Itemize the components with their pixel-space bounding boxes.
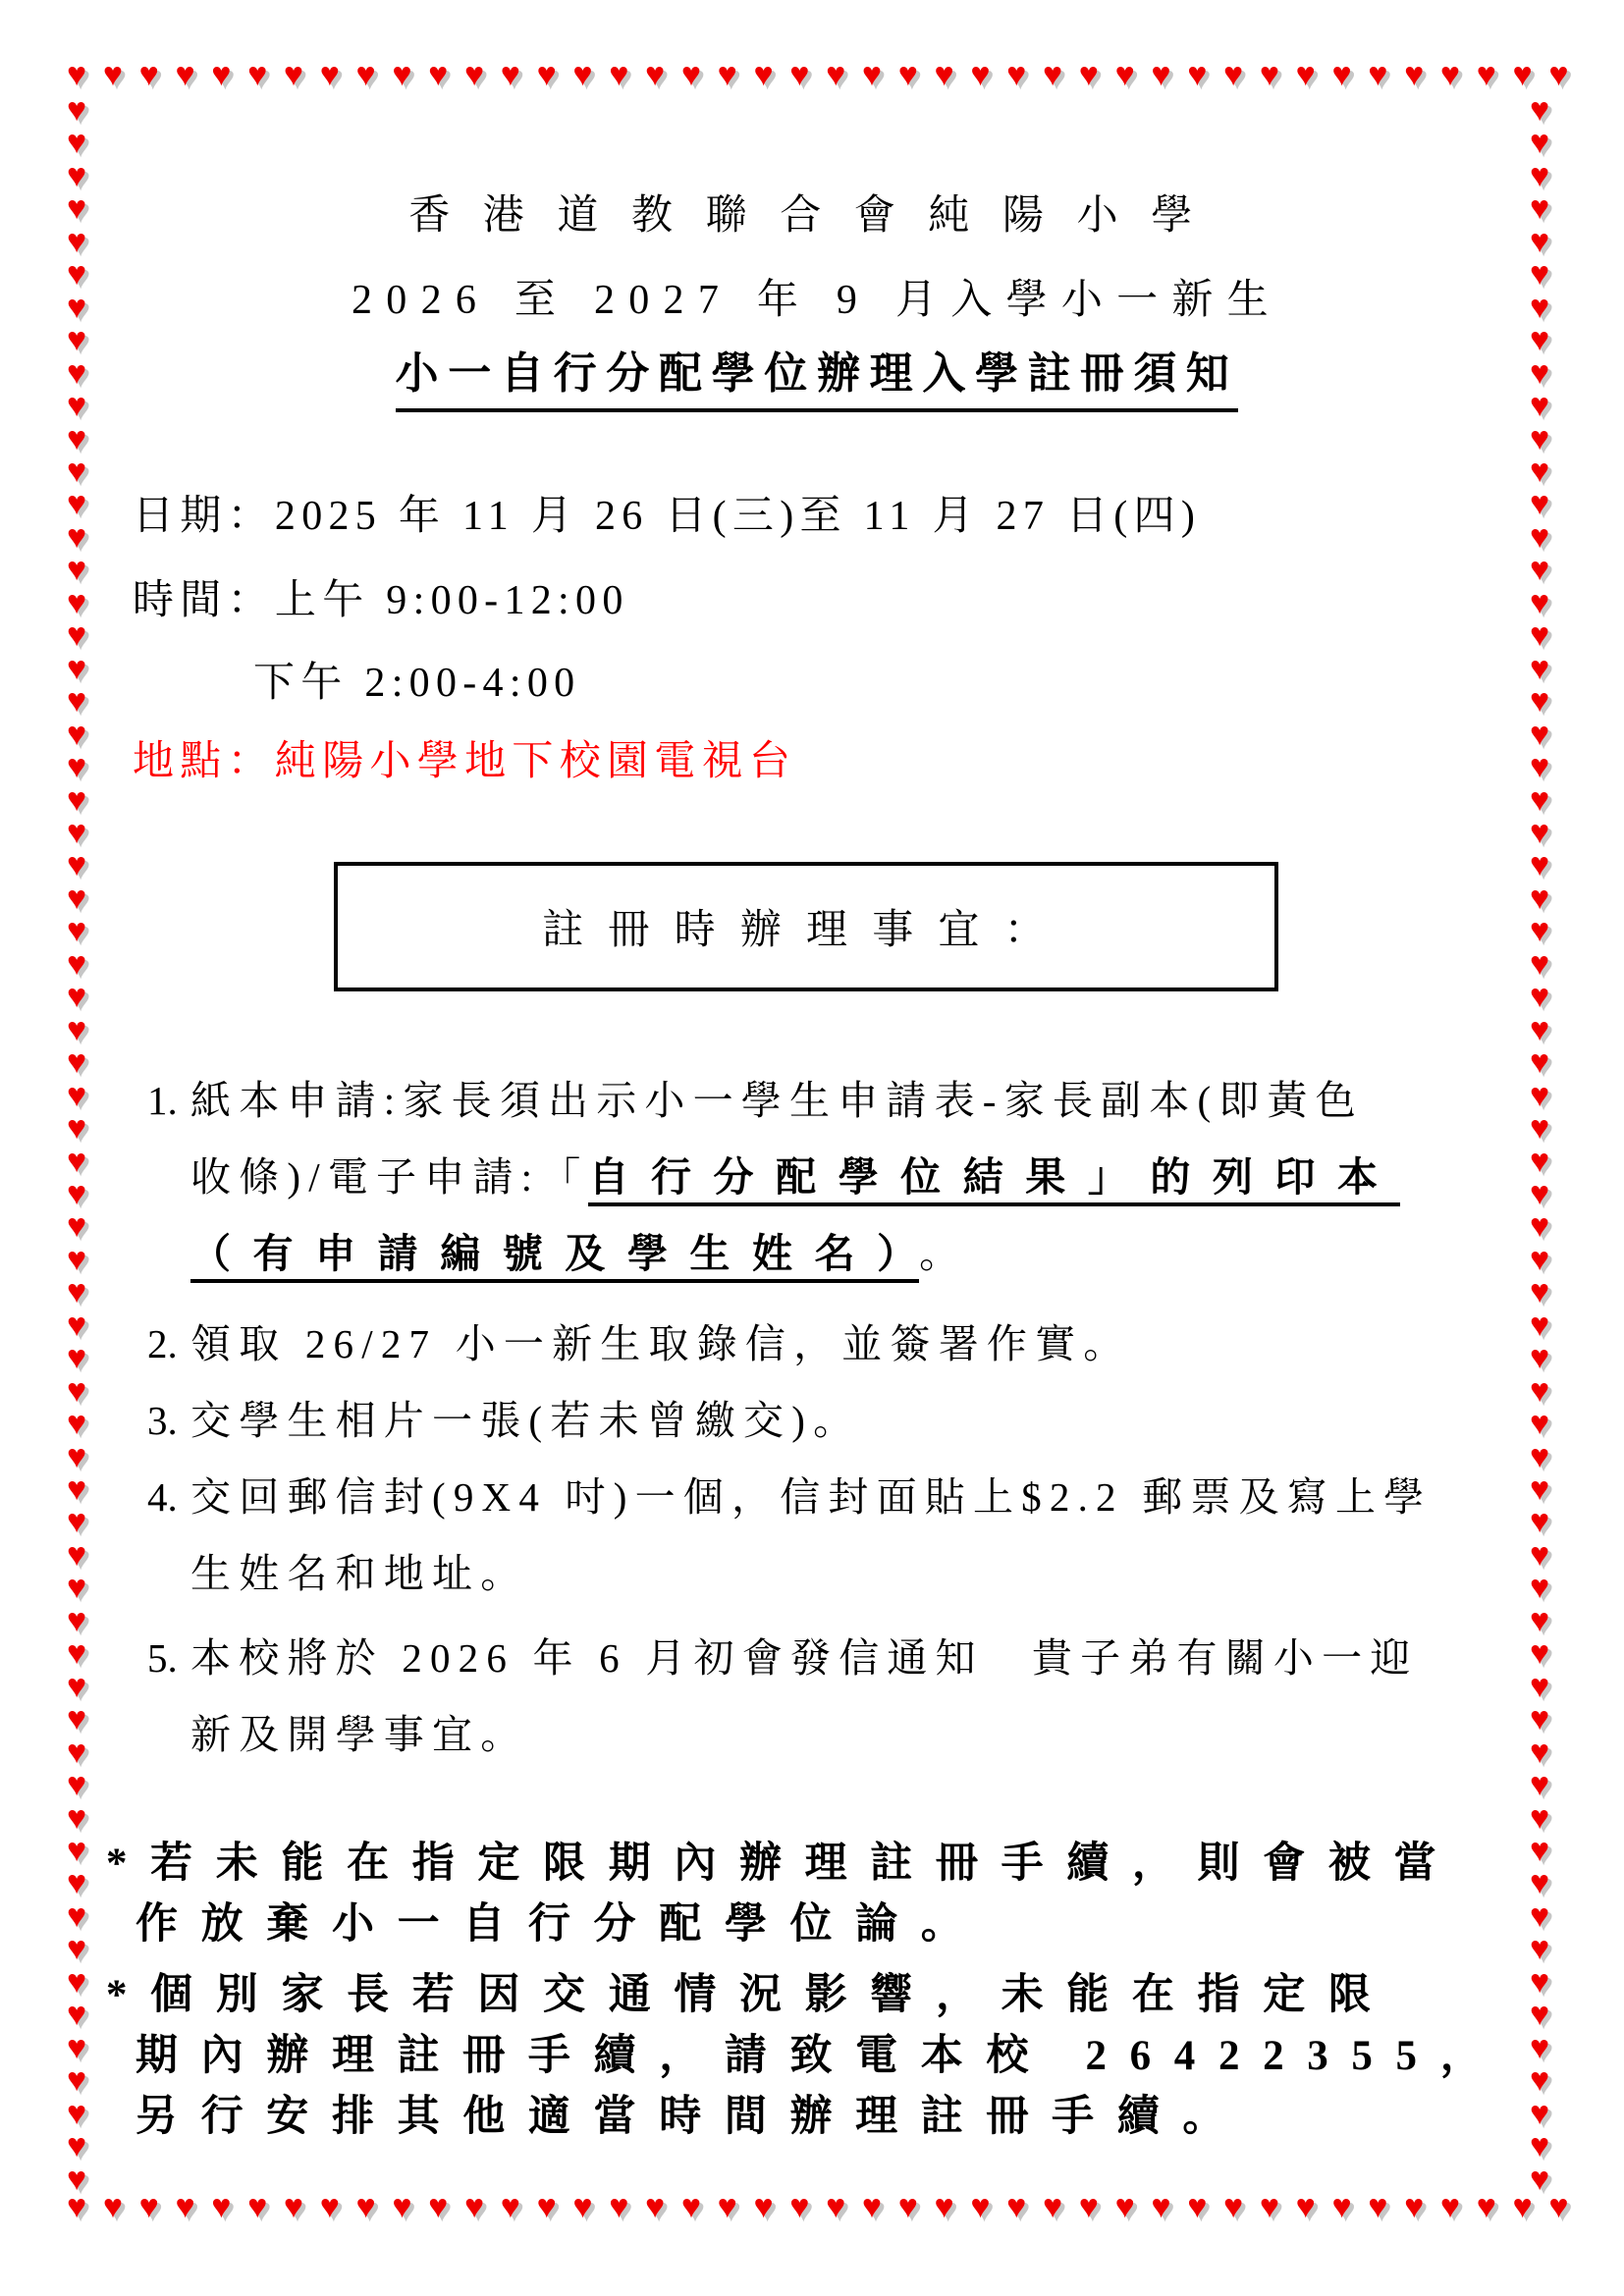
heart-icon: ♥ <box>1530 427 1563 453</box>
heart-icon: ♥ <box>464 63 484 96</box>
heart-icon: ♥ <box>67 1740 100 1766</box>
heart-icon: ♥ <box>1530 1641 1563 1667</box>
heart-icon: ♥ <box>67 623 100 649</box>
heart-icon: ♥ <box>428 63 448 96</box>
heart-icon: ♥ <box>247 63 267 96</box>
item-text-segment: 本校將於 2026 年 6 月初會發信通知 貴子弟有關小一迎 <box>190 1635 1419 1681</box>
item-text-segment: 交學生相片一張(若未曾繳交)。 <box>190 1398 861 1443</box>
school-name: 香港道教聯合會純陽小學 <box>103 183 1531 241</box>
item-text-emphasis: （有申請編號及學生姓名） <box>190 1231 919 1283</box>
heart-icon: ♥ <box>970 63 990 96</box>
heart-icon: ♥ <box>67 821 100 846</box>
heart-icon: ♥ <box>898 63 918 96</box>
registration-list: 1. 紙本申請:家長須出示小一學生申請表-家長副本(即黃色 收條)/電子申請:「… <box>147 1062 1522 1773</box>
heart-icon: ♥ <box>67 657 100 682</box>
item-text-segment: 生姓名和地址。 <box>190 1551 528 1596</box>
heart-icon: ♥ <box>67 722 100 748</box>
heart-icon: ♥ <box>67 394 100 419</box>
registration-box-title: 註冊時辦理事宜： <box>542 897 1070 956</box>
heart-icon: ♥ <box>67 1182 100 1207</box>
heart-icon: ♥ <box>139 2195 159 2228</box>
heart-icon: ♥ <box>1477 63 1496 96</box>
heart-icon: ♥ <box>356 63 376 96</box>
heart-icon: ♥ <box>1530 952 1563 978</box>
heart-icon: ♥ <box>67 2134 100 2160</box>
heart-icon: ♥ <box>935 63 954 96</box>
heart-icon: ♥ <box>139 63 159 96</box>
heart-icon: ♥ <box>572 2195 592 2228</box>
heart-icon: ♥ <box>718 2195 737 2228</box>
heart-icon: ♥ <box>67 1641 100 1667</box>
heart-icon: ♥ <box>501 2195 520 2228</box>
heart-icon: ♥ <box>1530 1412 1563 1437</box>
heart-icon: ♥ <box>1151 63 1170 96</box>
list-item-text: 本校將於 2026 年 6 月初會發信通知 貴子弟有關小一迎 新及開學事宜。 <box>190 1620 1522 1773</box>
heart-icon: ♥ <box>67 164 100 189</box>
heart-icon: ♥ <box>320 63 340 96</box>
heart-icon: ♥ <box>501 63 520 96</box>
heart-icon: ♥ <box>67 525 100 551</box>
heart-icon: ♥ <box>67 1575 100 1601</box>
heart-icon: ♥ <box>1530 821 1563 846</box>
list-item-text: 交回郵信封(9X4 吋)一個，信封面貼上$2.2 郵票及寫上學 生姓名和地址。 <box>190 1459 1522 1612</box>
date-line: 日期：2025 年 11 月 26 日(三)至 11 月 27 日(四) <box>133 483 1201 542</box>
heart-icon: ♥ <box>1151 2195 1170 2228</box>
registration-box: 註冊時辦理事宜： <box>334 862 1278 991</box>
heart-icon: ♥ <box>537 2195 557 2228</box>
heart-icon: ♥ <box>1513 63 1533 96</box>
heart-icon: ♥ <box>609 63 628 96</box>
heart-icon: ♥ <box>1530 853 1563 879</box>
heart-icon: ♥ <box>392 63 411 96</box>
heart-icon: ♥ <box>1530 689 1563 715</box>
heart-icon: ♥ <box>67 492 100 517</box>
heart-icon: ♥ <box>1530 1346 1563 1371</box>
heart-icon: ♥ <box>67 230 100 255</box>
heart-icon: ♥ <box>67 328 100 353</box>
heart-icon: ♥ <box>67 295 100 321</box>
list-item: 1. 紙本申請:家長須出示小一學生申請表-家長副本(即黃色 收條)/電子申請:「… <box>147 1062 1522 1292</box>
heart-icon: ♥ <box>862 2195 882 2228</box>
heart-icon: ♥ <box>67 1806 100 1832</box>
heart-icon: ♥ <box>826 63 845 96</box>
heart-icon: ♥ <box>1530 295 1563 321</box>
footnote-line: *若未能在指定限期內辦理註冊手續，則會被當 <box>106 1834 1540 1895</box>
heart-icon: ♥ <box>1530 164 1563 189</box>
heart-icon: ♥ <box>1530 492 1563 517</box>
heart-icon: ♥ <box>1530 558 1563 583</box>
item-text-segment: 紙本申請:家長須出示小一學生申請表-家長副本(即黃色 <box>190 1078 1364 1123</box>
list-item-text: 領取 26/27 小一新生取錄信，並簽署作實。 <box>190 1306 1522 1382</box>
heart-icon: ♥ <box>320 2195 340 2228</box>
heart-icon: ♥ <box>1530 525 1563 551</box>
heart-icon: ♥ <box>1530 131 1563 156</box>
time-line-afternoon: 下午 2:00-4:00 <box>253 650 580 709</box>
list-item: 4. 交回郵信封(9X4 吋)一個，信封面貼上$2.2 郵票及寫上學 生姓名和地… <box>147 1459 1522 1612</box>
heart-icon: ♥ <box>103 63 123 96</box>
heart-icon: ♥ <box>789 2195 809 2228</box>
list-item: 3. 交學生相片一張(若未曾繳交)。 <box>147 1382 1522 1459</box>
footnote-line: 作放棄小一自行分配學位論。 <box>106 1895 1540 1955</box>
heart-icon: ♥ <box>1440 63 1460 96</box>
heart-icon: ♥ <box>67 886 100 912</box>
heart-icon: ♥ <box>67 952 100 978</box>
heart-icon: ♥ <box>935 2195 954 2228</box>
heart-icon: ♥ <box>1548 63 1568 96</box>
heart-icon: ♥ <box>67 1214 100 1240</box>
heart-icon: ♥ <box>1530 919 1563 944</box>
heart-icon: ♥ <box>1530 230 1563 255</box>
heart-icon: ♥ <box>1296 63 1316 96</box>
heart-icon: ♥ <box>67 591 100 616</box>
heart-icon: ♥ <box>1530 1510 1563 1535</box>
footnote-line: *個別家長若因交通情況影響，未能在指定限 <box>106 1965 1540 2026</box>
heart-icon: ♥ <box>67 1543 100 1569</box>
heart-icon: ♥ <box>1404 63 1424 96</box>
heart-icon: ♥ <box>1477 2195 1496 2228</box>
heart-icon: ♥ <box>67 853 100 879</box>
heart-icon: ♥ <box>67 2068 100 2094</box>
list-item-text: 紙本申請:家長須出示小一學生申請表-家長副本(即黃色 收條)/電子申請:「自行分… <box>190 1062 1522 1292</box>
heart-icon: ♥ <box>67 985 100 1010</box>
heart-icon: ♥ <box>1115 2195 1135 2228</box>
heart-icon: ♥ <box>284 2195 303 2228</box>
heart-icon: ♥ <box>1530 1248 1563 1273</box>
intake-year-line: 2026 至 2027 年 9 月入學小一新生 <box>103 267 1531 326</box>
heart-icon: ♥ <box>1530 1116 1563 1142</box>
heart-icon: ♥ <box>1043 63 1062 96</box>
heart-icon: ♥ <box>1079 63 1099 96</box>
heart-icon: ♥ <box>645 63 665 96</box>
heart-icon: ♥ <box>826 2195 845 2228</box>
heart-icon: ♥ <box>67 788 100 814</box>
heart-icon: ♥ <box>1223 63 1243 96</box>
heart-icon: ♥ <box>1530 2167 1563 2193</box>
heart-icon: ♥ <box>67 1871 100 1896</box>
heart-icon: ♥ <box>67 1018 100 1043</box>
venue-line: 地點：純陽小學地下校園電視台 <box>133 728 796 787</box>
heart-icon: ♥ <box>1530 196 1563 222</box>
heart-icon: ♥ <box>645 2195 665 2228</box>
item-text-emphasis: 自行分配學位結果」的列印本 <box>588 1154 1399 1206</box>
heart-icon: ♥ <box>67 558 100 583</box>
heart-icon: ♥ <box>67 196 100 222</box>
heart-icon: ♥ <box>1006 63 1026 96</box>
heart-border-bottom: ♥♥♥♥♥♥♥♥♥♥♥♥♥♥♥♥♥♥♥♥♥♥♥♥♥♥♥♥♥♥♥♥♥♥♥♥♥♥♥♥… <box>67 2195 1569 2228</box>
heart-icon: ♥ <box>1331 63 1351 96</box>
heart-icon: ♥ <box>67 262 100 288</box>
heart-icon: ♥ <box>247 2195 267 2228</box>
heart-icon: ♥ <box>1530 1609 1563 1634</box>
list-item: 2. 領取 26/27 小一新生取錄信，並簽署作實。 <box>147 1306 1522 1382</box>
heart-icon: ♥ <box>681 2195 701 2228</box>
heart-icon: ♥ <box>67 1609 100 1634</box>
heart-icon: ♥ <box>175 63 194 96</box>
heart-icon: ♥ <box>175 2195 194 2228</box>
heart-icon: ♥ <box>1513 2195 1533 2228</box>
heart-icon: ♥ <box>1530 985 1563 1010</box>
heart-icon: ♥ <box>1530 591 1563 616</box>
heart-icon: ♥ <box>609 2195 628 2228</box>
heart-icon: ♥ <box>428 2195 448 2228</box>
heart-icon: ♥ <box>1223 2195 1243 2228</box>
heart-icon: ♥ <box>1548 2195 1568 2228</box>
heart-border-top: ♥♥♥♥♥♥♥♥♥♥♥♥♥♥♥♥♥♥♥♥♥♥♥♥♥♥♥♥♥♥♥♥♥♥♥♥♥♥♥♥… <box>67 63 1569 96</box>
item-text-segment: 。 <box>919 1231 967 1276</box>
heart-icon: ♥ <box>1530 1806 1563 1832</box>
heart-icon: ♥ <box>67 1707 100 1733</box>
heart-icon: ♥ <box>67 689 100 715</box>
heart-icon: ♥ <box>67 1904 100 1930</box>
heart-icon: ♥ <box>67 1346 100 1371</box>
heart-icon: ♥ <box>1043 2195 1062 2228</box>
heart-icon: ♥ <box>1530 1280 1563 1306</box>
heart-icon: ♥ <box>67 2036 100 2061</box>
heart-icon: ♥ <box>67 2167 100 2193</box>
heart-icon: ♥ <box>67 2102 100 2127</box>
heart-icon: ♥ <box>67 1477 100 1503</box>
heart-icon: ♥ <box>67 1116 100 1142</box>
heart-icon: ♥ <box>862 63 882 96</box>
heart-icon: ♥ <box>1530 1018 1563 1043</box>
heart-icon: ♥ <box>1530 788 1563 814</box>
heart-icon: ♥ <box>1187 2195 1207 2228</box>
heart-icon: ♥ <box>1530 1313 1563 1339</box>
heart-icon: ♥ <box>67 919 100 944</box>
heart-icon: ♥ <box>1530 98 1563 124</box>
notice-title-text: 小一自行分配學位辦理入學註冊須知 <box>396 338 1239 412</box>
heart-icon: ♥ <box>67 1839 100 1864</box>
heart-icon: ♥ <box>1296 2195 1316 2228</box>
heart-icon: ♥ <box>1368 63 1387 96</box>
heart-icon: ♥ <box>1530 1477 1563 1503</box>
heart-icon: ♥ <box>103 2195 123 2228</box>
heart-icon: ♥ <box>1530 1675 1563 1700</box>
item-text-segment: 新及開學事宜。 <box>190 1712 528 1757</box>
heart-icon: ♥ <box>1530 1773 1563 1798</box>
footnotes: *若未能在指定限期內辦理註冊手續，則會被當 作放棄小一自行分配學位論。 *個別家… <box>106 1834 1540 2158</box>
notice-title: 小一自行分配學位辦理入學註冊須知 <box>103 338 1531 412</box>
heart-icon: ♥ <box>1530 361 1563 387</box>
list-item-number: 5. <box>147 1620 190 1773</box>
heart-icon: ♥ <box>67 1773 100 1798</box>
time-line-morning: 時間：上午 9:00-12:00 <box>133 567 629 626</box>
heart-icon: ♥ <box>537 63 557 96</box>
list-item-number: 1. <box>147 1062 190 1292</box>
heart-icon: ♥ <box>1530 1050 1563 1076</box>
item-text-segment: 交回郵信封(9X4 吋)一個，信封面貼上$2.2 郵票及寫上學 <box>190 1474 1432 1520</box>
heart-icon: ♥ <box>970 2195 990 2228</box>
item-text-segment: 領取 26/27 小一新生取錄信，並簽署作實。 <box>190 1321 1132 1366</box>
footnote: *若未能在指定限期內辦理註冊手續，則會被當 作放棄小一自行分配學位論。 <box>106 1834 1540 1955</box>
heart-icon: ♥ <box>67 1084 100 1109</box>
heart-icon: ♥ <box>1187 63 1207 96</box>
heart-icon: ♥ <box>1530 1379 1563 1405</box>
heart-icon: ♥ <box>1368 2195 1387 2228</box>
heart-icon: ♥ <box>67 1937 100 1962</box>
heart-icon: ♥ <box>1530 328 1563 353</box>
item-text-segment: 收條)/電子申請:「 <box>190 1154 588 1200</box>
heart-icon: ♥ <box>1530 1214 1563 1240</box>
heart-icon: ♥ <box>67 63 86 96</box>
heart-icon: ♥ <box>67 459 100 485</box>
heart-icon: ♥ <box>211 2195 231 2228</box>
heart-icon: ♥ <box>1530 722 1563 748</box>
heart-icon: ♥ <box>789 63 809 96</box>
heart-icon: ♥ <box>1530 1149 1563 1175</box>
heart-icon: ♥ <box>1440 2195 1460 2228</box>
heart-icon: ♥ <box>1404 2195 1424 2228</box>
heart-icon: ♥ <box>67 98 100 124</box>
heart-icon: ♥ <box>284 63 303 96</box>
heart-icon: ♥ <box>392 2195 411 2228</box>
heart-icon: ♥ <box>1530 1575 1563 1601</box>
list-item-text: 交學生相片一張(若未曾繳交)。 <box>190 1382 1522 1459</box>
heart-icon: ♥ <box>572 63 592 96</box>
heart-icon: ♥ <box>1260 63 1279 96</box>
heart-icon: ♥ <box>211 63 231 96</box>
heart-icon: ♥ <box>67 1050 100 1076</box>
heart-icon: ♥ <box>67 1675 100 1700</box>
heart-icon: ♥ <box>67 1379 100 1405</box>
heart-icon: ♥ <box>1530 1182 1563 1207</box>
heart-icon: ♥ <box>1530 755 1563 780</box>
heart-icon: ♥ <box>1530 262 1563 288</box>
heart-icon: ♥ <box>1530 886 1563 912</box>
heart-icon: ♥ <box>67 755 100 780</box>
heart-icon: ♥ <box>356 2195 376 2228</box>
heart-icon: ♥ <box>1115 63 1135 96</box>
heart-icon: ♥ <box>67 1510 100 1535</box>
heart-icon: ♥ <box>67 427 100 453</box>
list-item-number: 3. <box>147 1382 190 1459</box>
heart-icon: ♥ <box>67 1248 100 1273</box>
footnote-line: 另行安排其他適當時間辦理註冊手續。 <box>106 2087 1540 2148</box>
heart-icon: ♥ <box>1530 1740 1563 1766</box>
heart-icon: ♥ <box>67 1412 100 1437</box>
heart-icon: ♥ <box>67 1149 100 1175</box>
heart-icon: ♥ <box>718 63 737 96</box>
heart-icon: ♥ <box>67 131 100 156</box>
heart-icon: ♥ <box>1530 394 1563 419</box>
heart-icon: ♥ <box>1530 623 1563 649</box>
heart-border-left: ♥♥♥♥♥♥♥♥♥♥♥♥♥♥♥♥♥♥♥♥♥♥♥♥♥♥♥♥♥♥♥♥♥♥♥♥♥♥♥♥… <box>67 98 100 2193</box>
heart-icon: ♥ <box>898 2195 918 2228</box>
heart-icon: ♥ <box>1530 1543 1563 1569</box>
footnote-line: 期內辦理註冊手續，請致電本校 26422355， <box>106 2026 1540 2087</box>
heart-icon: ♥ <box>1006 2195 1026 2228</box>
heart-icon: ♥ <box>1079 2195 1099 2228</box>
list-item-number: 4. <box>147 1459 190 1612</box>
heart-icon: ♥ <box>681 63 701 96</box>
heart-icon: ♥ <box>67 1280 100 1306</box>
heart-icon: ♥ <box>753 2195 773 2228</box>
heart-icon: ♥ <box>67 1313 100 1339</box>
heart-icon: ♥ <box>67 2002 100 2028</box>
heart-icon: ♥ <box>753 63 773 96</box>
list-item-number: 2. <box>147 1306 190 1382</box>
heart-icon: ♥ <box>67 361 100 387</box>
heart-icon: ♥ <box>1530 1084 1563 1109</box>
heart-icon: ♥ <box>1260 2195 1279 2228</box>
list-item: 5. 本校將於 2026 年 6 月初會發信通知 貴子弟有關小一迎 新及開學事宜… <box>147 1620 1522 1773</box>
footnote: *個別家長若因交通情況影響，未能在指定限 期內辦理註冊手續，請致電本校 2642… <box>106 1965 1540 2148</box>
heart-icon: ♥ <box>1530 1707 1563 1733</box>
heart-icon: ♥ <box>1530 1445 1563 1470</box>
heart-icon: ♥ <box>1331 2195 1351 2228</box>
heart-icon: ♥ <box>464 2195 484 2228</box>
heart-icon: ♥ <box>67 2195 86 2228</box>
heart-icon: ♥ <box>67 1970 100 1996</box>
heart-icon: ♥ <box>1530 459 1563 485</box>
heart-icon: ♥ <box>67 1445 100 1470</box>
heart-icon: ♥ <box>1530 657 1563 682</box>
